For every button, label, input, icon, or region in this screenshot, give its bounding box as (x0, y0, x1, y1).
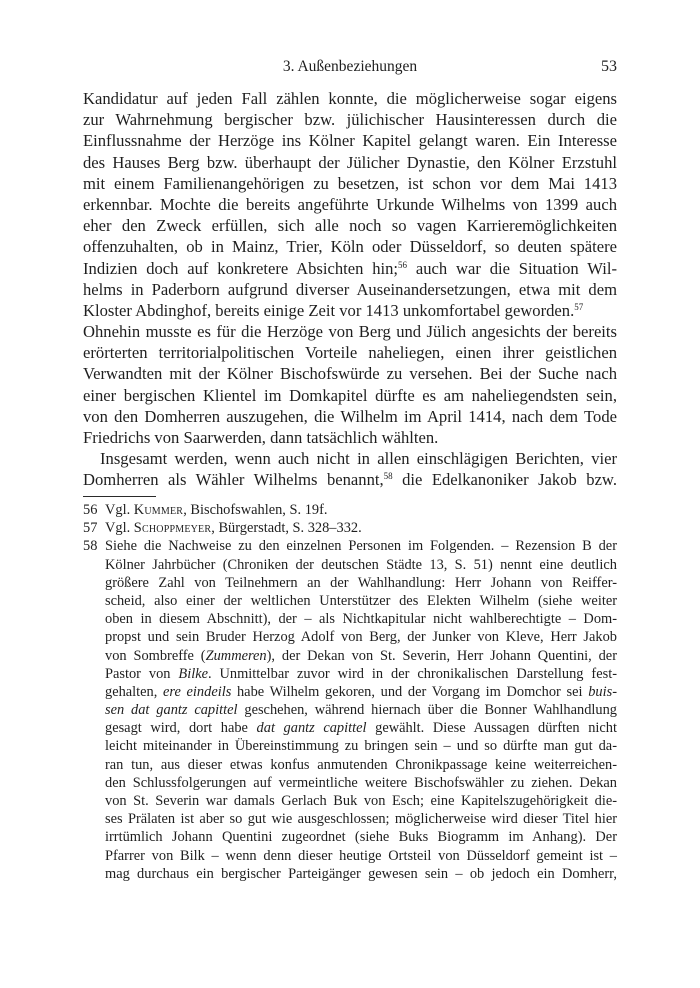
footnote-line: scheid, also einer der weltlichen Unters… (105, 592, 617, 610)
text-fragment: Vgl. (105, 520, 134, 536)
footnote-number: 58 (83, 537, 97, 555)
footnote-57: 57 Vgl. Schoppmeyer, Bürgerstadt, S. 328… (83, 519, 617, 537)
text-fragment: geschehen, während hiernach über die Bon… (238, 702, 617, 718)
italic-term: dat gantz capittel (257, 720, 367, 736)
footnote-line: Siehe die Nachweise zu den einzelnen Per… (105, 537, 617, 555)
text-line: erkennbar. Mochte die bereits angeführte… (83, 194, 617, 215)
footnote-line: von Sombreffe (Zummeren), der Dekan von … (105, 647, 617, 665)
page-number: 53 (601, 58, 617, 76)
text-fragment: . Unmittelbar zuvor wird in der chronika… (208, 666, 617, 682)
text-fragment: ), der Dekan von St. Severin, Herr Johan… (267, 648, 617, 664)
text-fragment: , Bürgerstadt, S. 328–332. (211, 520, 361, 536)
text-line: offenzuhalten, ob in Mainz, Trier, Köln … (83, 236, 617, 257)
text-fragment: auch war die Situation Wil- (407, 259, 617, 278)
italic-term: sen dat gantz capittel (105, 702, 238, 718)
footnote-line: irrtümlich Johann Quentini zugeordnet (s… (105, 828, 617, 846)
author-name: Kummer (134, 502, 183, 518)
footnote-ref-57[interactable]: 57 (574, 302, 583, 312)
text-fragment: , Bischofswahlen, S. 19f. (183, 502, 327, 518)
text-fragment: die Edelkanoniker Jakob bzw. (393, 470, 617, 489)
text-line: Domherren als Wähler Wilhelms benannt,58… (83, 469, 617, 490)
footnote-line: Vgl. Schoppmeyer, Bürgerstadt, S. 328–33… (105, 519, 617, 537)
text-line: Kandidatur auf jeden Fall zählen konnte,… (83, 88, 617, 109)
running-head: 3. Außenbeziehungen 53 (83, 58, 617, 80)
footnote-line: leicht miteinander in Übereinstimmung zu… (105, 737, 617, 755)
text-line: Einflussnahme der Herzöge ins Kölner Kap… (83, 130, 617, 151)
paragraph-1: Kandidatur auf jeden Fall zählen konnte,… (83, 88, 617, 448)
text-fragment: gewählt. Diese Aussagen dürften nicht (367, 720, 617, 736)
footnote-58: 58 Siehe die Nachweise zu den einzelnen … (83, 537, 617, 883)
footnote-line: oben in diesem Abschnitt), der – als Nic… (105, 610, 617, 628)
text-line: eher den Zweck erfüllen, sich alle noch … (83, 215, 617, 236)
chapter-title: 3. Außenbeziehungen (83, 58, 617, 76)
footnote-line: größere Zahl von Teilnehmern an der Wahl… (105, 574, 617, 592)
footnote-line: gesagt wird, dort habe dat gantz capitte… (105, 719, 617, 737)
footnote-line: sen dat gantz capittel geschehen, währen… (105, 701, 617, 719)
italic-term: Zummeren (206, 648, 267, 664)
footnote-separator (83, 496, 156, 497)
text-fragment: Indizien doch auf konkretere Absichten h… (83, 259, 398, 278)
text-fragment: Vgl. (105, 502, 134, 518)
text-fragment: Domherren als Wähler Wilhelms benannt, (83, 470, 384, 489)
text-line: Insgesamt werden, wenn auch nicht in all… (83, 448, 617, 469)
text-line: einer bergischen Klientel im Domkapitel … (83, 385, 617, 406)
italic-term: ere eindeils (163, 684, 231, 700)
text-line: Kloster Abdinghof, bereits einige Zeit v… (83, 300, 617, 321)
footnote-number: 56 (83, 501, 97, 519)
text-fragment: gesagt wird, dort habe (105, 720, 257, 736)
main-text: Kandidatur auf jeden Fall zählen konnte,… (83, 88, 617, 491)
footnote-line: von St. Severin war damals Gerlach Buk v… (105, 792, 617, 810)
text-fragment: gehalten, (105, 684, 163, 700)
footnotes: 56 Vgl. Kummer, Bischofswahlen, S. 19f. … (83, 501, 617, 883)
text-line: Ohnehin musste es für die Herzöge von Be… (83, 321, 617, 342)
text-fragment: von Sombreffe ( (105, 648, 206, 664)
text-line: von den Domherren auszugehen, die Wilhel… (83, 406, 617, 427)
text-fragment: Pastor von (105, 666, 178, 682)
text-line: Friedrichs von Saarwerden, dann tatsächl… (83, 427, 617, 448)
text-line: mit einem Familienangehörigen zu besetze… (83, 173, 617, 194)
text-line: Verwandten mit der Kölner Bischofswürde … (83, 363, 617, 384)
footnote-line: den Schlussfolgerungen auf vermeintliche… (105, 774, 617, 792)
italic-term: Bilke (178, 666, 208, 682)
text-line: helms in Paderborn aufgrund diverser Aus… (83, 279, 617, 300)
text-fragment: habe Wilhelm gekoren, und der Vorgang im… (231, 684, 588, 700)
italic-term: buis- (588, 684, 617, 700)
footnote-ref-58[interactable]: 58 (384, 471, 393, 481)
footnote-line: ses Prälaten ist aber so gut wie ausgesc… (105, 810, 617, 828)
footnote-ref-56[interactable]: 56 (398, 260, 407, 270)
footnote-line: Pastor von Bilke. Unmittelbar zuvor wird… (105, 665, 617, 683)
footnote-line: propst und sein Bruder Herzog Adolf von … (105, 628, 617, 646)
text-line: des Hauses Berg bzw. überhaupt der Jülic… (83, 152, 617, 173)
footnote-number: 57 (83, 519, 97, 537)
footnote-56: 56 Vgl. Kummer, Bischofswahlen, S. 19f. (83, 501, 617, 519)
text-line: zur Wahrnehmung bergischer bzw. jülichis… (83, 109, 617, 130)
footnote-line: gehalten, ere eindeils habe Wilhelm geko… (105, 683, 617, 701)
text-line: Indizien doch auf konkretere Absichten h… (83, 258, 617, 279)
footnote-line: mag durchaus ein bergischer Parteigänger… (105, 865, 617, 883)
footnote-line: Kölner Jahrbücher (Chroniken der deutsch… (105, 556, 617, 574)
text-fragment: Kloster Abdinghof, bereits einige Zeit v… (83, 301, 574, 320)
text-line: erörterten territorialpolitischen Vortei… (83, 342, 617, 363)
footnote-line: ran tun, aus dieser etwas konfus anmuten… (105, 756, 617, 774)
paragraph-2: Insgesamt werden, wenn auch nicht in all… (83, 448, 617, 490)
footnote-line: Vgl. Kummer, Bischofswahlen, S. 19f. (105, 501, 617, 519)
author-name: Schoppmeyer (134, 520, 211, 536)
footnote-line: Pfarrer von Bilk – wenn denn dieser heut… (105, 847, 617, 865)
